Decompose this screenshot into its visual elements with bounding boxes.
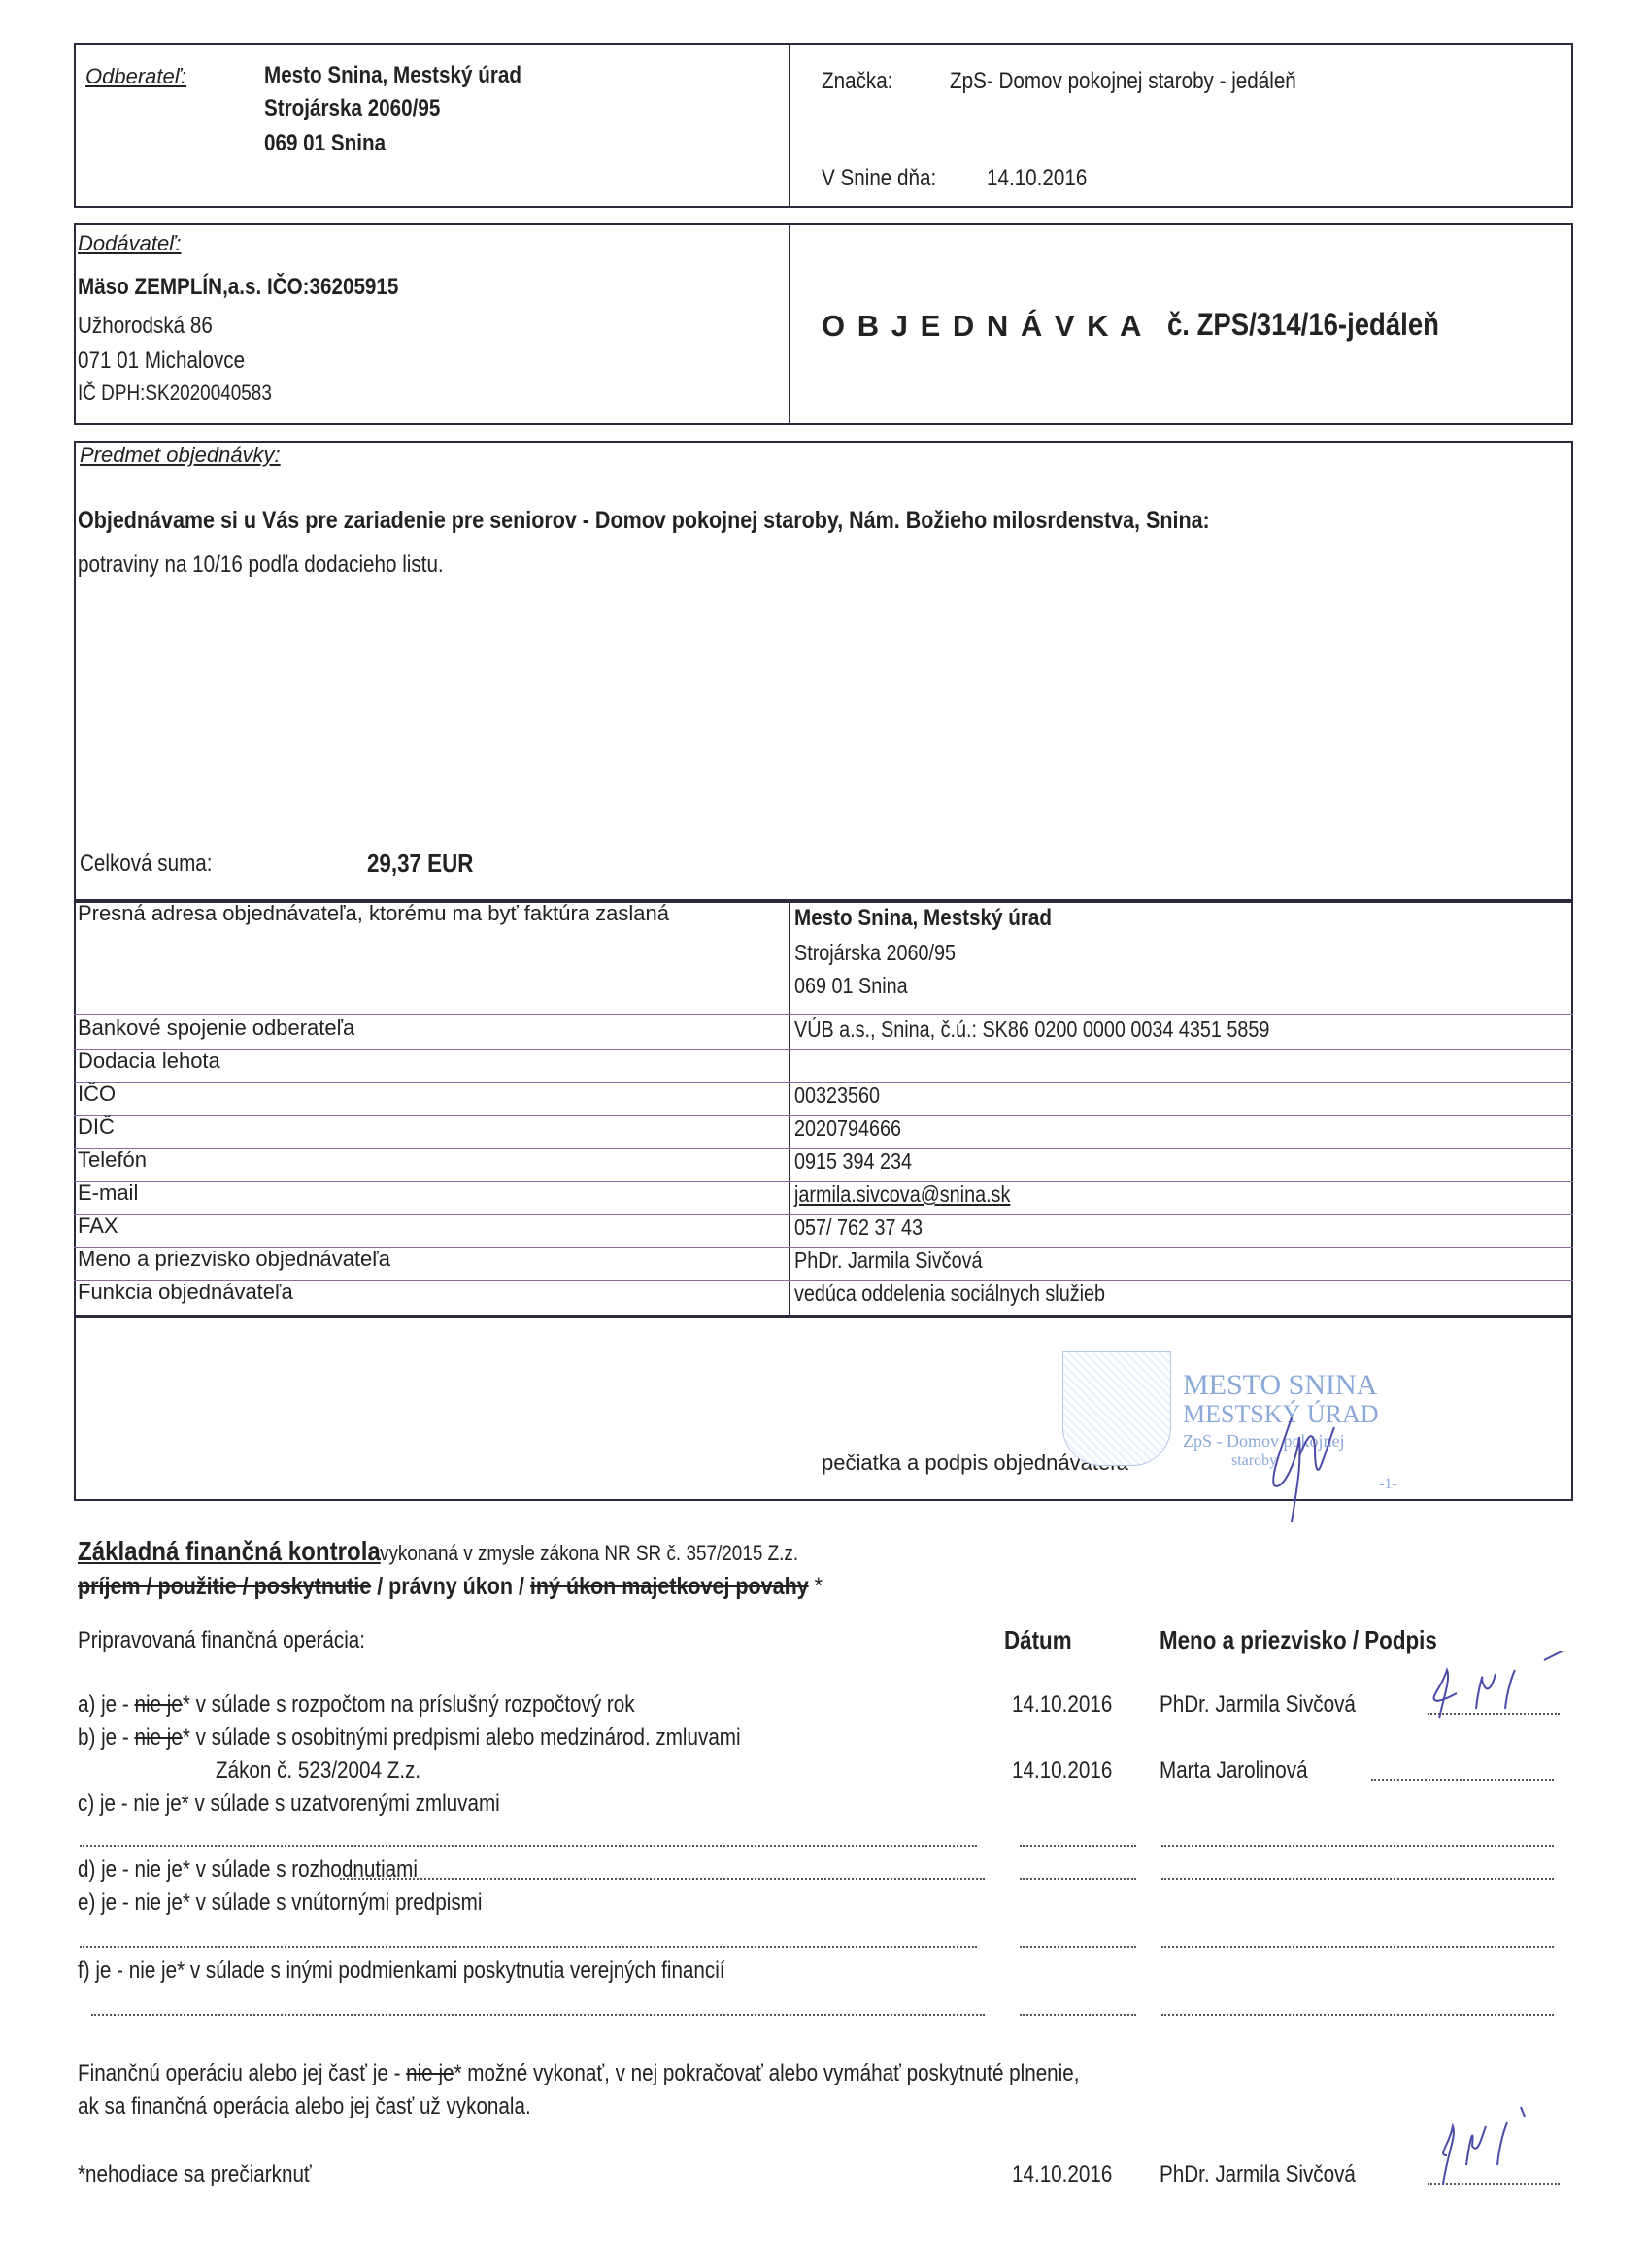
- column-divider: [789, 901, 790, 1317]
- detail-label: IČO: [78, 1082, 116, 1107]
- control-title-suffix: vykonaná v zmysle zákona NR SR č. 357/20…: [380, 1541, 798, 1566]
- divider: [789, 43, 790, 208]
- signature-icon: [1428, 2097, 1534, 2204]
- date-value: 14.10.2016: [987, 165, 1087, 192]
- control-type-struck-1: príjem / použitie / poskytnutie: [78, 1573, 371, 1600]
- item-b-date: 14.10.2016: [1012, 1757, 1112, 1784]
- detail-value: vedúca oddelenia sociálnych služieb: [794, 1281, 1105, 1307]
- mark-label: Značka:: [822, 68, 892, 95]
- subject-line1: Objednávame si u Vás pre zariadenie pre …: [78, 507, 1210, 535]
- item-c-dotted-line: [80, 1845, 977, 1847]
- total-label: Celková suma:: [80, 850, 213, 878]
- stamp-text-1: MESTO SNINA: [1183, 1369, 1377, 1402]
- detail-label: Bankové spojenie odberateľa: [78, 1016, 354, 1041]
- detail-value[interactable]: jarmila.sivcova@snina.sk: [794, 1182, 1010, 1208]
- stamp-text-5: -1-: [1379, 1476, 1397, 1493]
- mark-value: ZpS- Domov pokojnej staroby - jedáleň: [950, 68, 1296, 95]
- item-c-date-line: [1020, 1845, 1136, 1847]
- item-a-name: PhDr. Jarmila Sivčová: [1160, 1691, 1356, 1718]
- detail-label: E-mail: [78, 1181, 138, 1206]
- control-type-kept: / právny úkon /: [371, 1573, 530, 1600]
- item-a-date: 14.10.2016: [1012, 1691, 1112, 1718]
- item-f-date-line: [1020, 2014, 1136, 2016]
- row-separator: [74, 1049, 1573, 1050]
- final-struck: nie je: [406, 2060, 454, 2086]
- detail-label: Telefón: [78, 1148, 147, 1173]
- item-e-date-line: [1020, 1946, 1136, 1948]
- stamp-emblem-icon: [1062, 1351, 1171, 1466]
- invoice-address-street: Strojárska 2060/95: [794, 940, 956, 966]
- total-value: 29,37 EUR: [367, 849, 473, 879]
- detail-label: FAX: [78, 1214, 118, 1239]
- item-text: * v súlade s osobitnými predpismi alebo …: [183, 1724, 741, 1751]
- footnote: *nehodiace sa prečiarknuť: [78, 2161, 312, 2188]
- item-prefix: f) je - nie je: [78, 1957, 177, 1984]
- item-f-name-line: [1161, 2014, 1554, 2016]
- item-text: * v súlade s uzatvorenými zmluvami: [182, 1790, 500, 1817]
- item-d-dotted-line: [340, 1878, 985, 1880]
- signature-icon: [1253, 1398, 1360, 1524]
- item-prefix: d) je - nie je: [78, 1856, 183, 1883]
- detail-value: PhDr. Jarmila Sivčová: [794, 1248, 982, 1274]
- detail-value: 057/ 762 37 43: [794, 1215, 923, 1241]
- item-text: * v súlade s rozpočtom na príslušný rozp…: [183, 1691, 635, 1718]
- customer-name: Mesto Snina, Mestský úrad: [264, 62, 521, 89]
- customer-city: 069 01 Snina: [264, 130, 386, 157]
- item-struck: nie je: [134, 1724, 182, 1751]
- final-statement-line2: ak sa finančná operácia alebo jej časť u…: [78, 2093, 531, 2120]
- control-item-f: f) je - nie je* v súlade s inými podmien…: [78, 1957, 725, 1984]
- col-name-header: Meno a priezvisko / Podpis: [1160, 1625, 1437, 1655]
- subject-line2: potraviny na 10/16 podľa dodacieho listu…: [78, 551, 444, 579]
- control-title: Základná finančná kontrola: [78, 1536, 381, 1567]
- col-date-header: Dátum: [1004, 1625, 1072, 1655]
- subject-label: Predmet objednávky:: [80, 443, 281, 468]
- supplier-vat: IČ DPH:SK2020040583: [78, 381, 272, 406]
- control-type-asterisk: *: [809, 1573, 823, 1600]
- item-e-name-line: [1161, 1946, 1554, 1948]
- detail-label: DIČ: [78, 1115, 115, 1140]
- supplier-name: Mäso ZEMPLÍN,a.s. IČO:36205915: [78, 274, 398, 301]
- detail-value: 2020794666: [794, 1116, 901, 1142]
- date-label: V Snine dňa:: [822, 165, 936, 192]
- supplier-city: 071 01 Michalovce: [78, 348, 245, 375]
- item-b-signature-line: [1371, 1779, 1554, 1781]
- control-type-struck-2: iný úkon majetkovej povahy: [530, 1573, 809, 1600]
- detail-label: Funkcia objednávateľa: [78, 1280, 293, 1305]
- item-b-sub: Zákon č. 523/2004 Z.z.: [216, 1757, 420, 1784]
- item-d-date-line: [1020, 1878, 1136, 1880]
- item-prefix: c) je - nie je: [78, 1790, 182, 1817]
- final-date: 14.10.2016: [1012, 2161, 1112, 2188]
- control-item-b: b) je - nie je* v súlade s osobitnými pr…: [78, 1724, 741, 1751]
- control-heading: Základná finančná kontrola vykonaná v zm…: [78, 1536, 866, 1567]
- order-title: O B J E D N Á V K A: [822, 309, 1143, 344]
- invoice-address-label: Presná adresa objednávateľa, ktorému ma …: [78, 901, 669, 926]
- control-item-e: e) je - nie je* v súlade s vnútornými pr…: [78, 1889, 482, 1917]
- item-prefix: a) je -: [78, 1691, 134, 1718]
- control-item-a: a) je - nie je* v súlade s rozpočtom na …: [78, 1691, 635, 1718]
- detail-value: 0915 394 234: [794, 1149, 912, 1175]
- detail-label: Dodacia lehota: [78, 1049, 220, 1074]
- final-text: * možné vykonať, v nej pokračovať alebo …: [454, 2060, 1080, 2086]
- final-prefix: Finančnú operáciu alebo jej časť je -: [78, 2060, 406, 2086]
- item-prefix: b) je -: [78, 1724, 134, 1751]
- customer-street: Strojárska 2060/95: [264, 95, 440, 122]
- control-item-c: c) je - nie je* v súlade s uzatvorenými …: [78, 1790, 500, 1818]
- item-b-name: Marta Jarolinová: [1160, 1757, 1308, 1784]
- detail-label: Meno a priezvisko objednávateľa: [78, 1247, 390, 1272]
- item-c-name-line: [1161, 1845, 1554, 1847]
- control-type: príjem / použitie / poskytnutie / právny…: [78, 1573, 823, 1601]
- item-d-name-line: [1161, 1878, 1554, 1880]
- order-number: č. ZPS/314/16-jedáleň: [1167, 307, 1439, 343]
- invoice-address-name: Mesto Snina, Mestský úrad: [794, 905, 1052, 932]
- detail-value: VÚB a.s., Snina, č.ú.: SK86 0200 0000 00…: [794, 1017, 1269, 1043]
- item-prefix: e) je - nie je: [78, 1889, 183, 1916]
- item-text: * v súlade s inými podmienkami poskytnut…: [177, 1957, 724, 1984]
- final-name: PhDr. Jarmila Sivčová: [1160, 2161, 1356, 2188]
- final-statement-line1: Finančnú operáciu alebo jej časť je - ni…: [78, 2060, 1079, 2087]
- item-struck: nie je: [134, 1691, 182, 1718]
- customer-label: Odberateľ:: [85, 64, 186, 89]
- divider: [789, 223, 790, 425]
- supplier-label: Dodávateľ:: [78, 231, 181, 256]
- item-f-dotted-line: [91, 2014, 985, 2016]
- item-e-dotted-line: [80, 1946, 977, 1948]
- item-text: * v súlade s vnútornými predpismi: [183, 1889, 483, 1916]
- invoice-address-city: 069 01 Snina: [794, 973, 908, 999]
- supplier-street: Užhorodská 86: [78, 313, 213, 340]
- operation-label: Pripravovaná finančná operácia:: [78, 1627, 365, 1654]
- row-separator: [74, 1014, 1573, 1015]
- signature-icon: [1418, 1651, 1563, 1728]
- detail-value: 00323560: [794, 1083, 880, 1109]
